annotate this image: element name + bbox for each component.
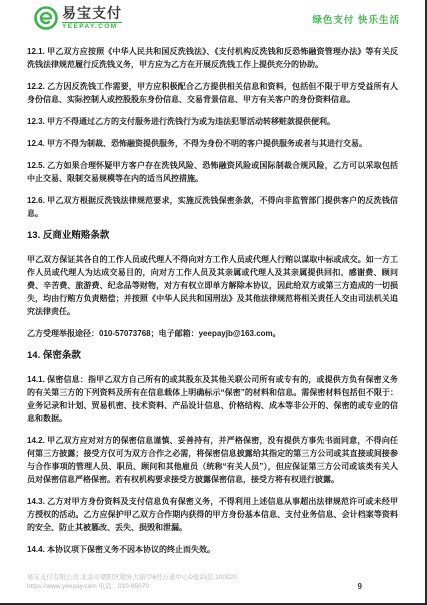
document-body: 12.1. 甲乙双方应按照《中华人民共和国反洗钱法》、《支付机构反洗钱和反恐怖融… (0, 40, 425, 556)
clause-12-1: 12.1. 甲乙双方应按照《中华人民共和国反洗钱法》、《支付机构反洗钱和反恐怖融… (27, 45, 398, 71)
footer-company-address: 易宝支付有限公司 北京市朝阳区朝外大街甲6号万通中心D座23层 100020 (27, 573, 398, 582)
section-heading-13: 13. 反商业贿赂条款 (27, 229, 398, 243)
brand-slogan: 绿色支付 快乐生活 (312, 12, 400, 26)
footer-website-phone: https://www.yeepay.com 电话：010-95070 (27, 582, 398, 591)
clause-14-3: 14.3. 乙方对甲方身份资料及支付信息负有保密义务，不得利用上述信息从事超出法… (27, 495, 398, 534)
clause-12-5: 12.5. 乙方如果合理怀疑甲方客户存在洗钱风险、恐怖融资风险或国际制裁合规风险… (27, 159, 398, 185)
clause-14-1: 14.1. 保密信息：指甲乙双方自己所有的或其股东及其他关联公司所有或专有的，或… (27, 373, 398, 425)
brand-name-en: YEEPAY.COM (62, 22, 122, 31)
brand-text: 易宝支付 YEEPAY.COM (62, 6, 122, 31)
clause-13-report-channel: 乙方受理举报途径：010-57073768；电子邮箱：yeepayjb@163.… (27, 327, 398, 340)
yeepay-swirl-icon (34, 6, 58, 30)
yeepay-logo: 易宝支付 YEEPAY.COM (34, 6, 122, 31)
clause-12-2: 12.2. 乙方因反洗钱工作需要，甲方应积极配合乙方提供相关信息和资料，包括但不… (27, 80, 398, 106)
page-number: 9 (358, 582, 362, 591)
clause-14-2: 14.2. 甲乙双方应对对方的保密信息谨慎、妥善持有，并严格保密，没有提供方事先… (27, 434, 398, 486)
page-header: 易宝支付 YEEPAY.COM 绿色支付 快乐生活 (0, 0, 425, 40)
clause-12-4: 12.4. 甲方不得为制裁、恐怖融资提供服务，不得为身份不明的客户提供服务或者与… (27, 137, 398, 150)
clause-14-4: 14.4. 本协议项下保密义务不因本协议的终止而失效。 (27, 543, 398, 556)
section-heading-14: 14. 保密条款 (27, 349, 398, 363)
clause-13-body: 甲乙双方保证其各自的工作人员或代理人不得向对方工作人员或代理人行贿以谋取中标或成… (27, 253, 398, 318)
page-footer: 易宝支付有限公司 北京市朝阳区朝外大街甲6号万通中心D座23层 100020 h… (27, 573, 398, 591)
document-page: 易宝支付 YEEPAY.COM 绿色支付 快乐生活 12.1. 甲乙双方应按照《… (0, 0, 427, 605)
clause-12-3: 12.3. 甲方不得通过乙方的支付服务进行洗钱行为或为违法犯罪活动转移赃款提供便… (27, 115, 398, 128)
clause-12-6: 12.6. 甲乙双方根据反洗钱法律规范要求，实施反洗钱保密条款，不得向非监管部门… (27, 194, 398, 220)
brand-name-cn: 易宝支付 (62, 6, 122, 20)
